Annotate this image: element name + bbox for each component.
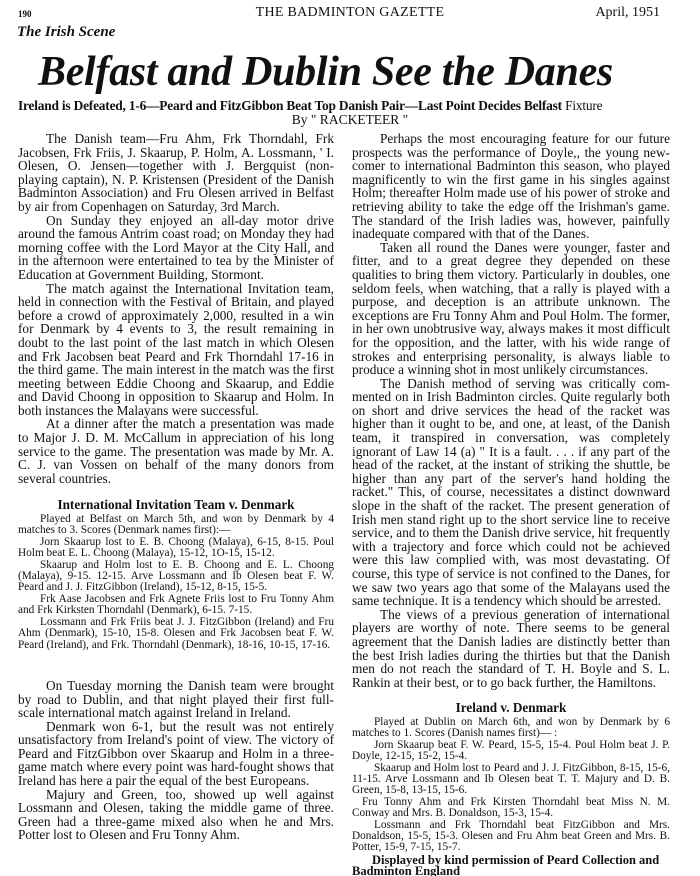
- results-body: Played at Belfast on March 5th, and won …: [18, 514, 334, 651]
- subheadline-tail: Fixture: [565, 98, 602, 113]
- article-paragraph: At a dinner after the match a presentati…: [18, 417, 334, 485]
- issue-date: April, 1951: [595, 5, 660, 21]
- results-title: International Invitation Team v. Denmark: [18, 498, 334, 512]
- results-paragraph: Played at Belfast on March 5th, and won …: [18, 514, 334, 537]
- article-paragraph: On Tuesday morning the Danish team were …: [18, 679, 334, 720]
- results-paragraph: Lossmann and Frk Thorndahl beat FitzGibb…: [352, 820, 670, 854]
- headline: Belfast and Dublin See the Danes: [0, 48, 700, 96]
- results-paragraph: Jorn Skaarup beat F. W. Peard, 15-5, 15-…: [352, 740, 670, 763]
- results-paragraph: Jorn Skaarup lost to E. B. Choong (Malay…: [18, 537, 334, 560]
- left-column: The Danish team—Fru Ahm, Frk Thorndahl, …: [18, 132, 334, 842]
- section-label: The Irish Scene: [17, 24, 115, 41]
- results-paragraph: Lossmann and Frk Friis beat J. J. FitzGi…: [18, 617, 334, 651]
- credit-line-2: Badminton England: [352, 866, 682, 876]
- article-paragraph: The Danish team—Fru Ahm, Frk Thorndahl, …: [18, 132, 334, 214]
- results-box-belfast: International Invitation Team v. Denmark…: [18, 498, 334, 650]
- article-paragraph: The views of a previous generation of in…: [352, 608, 670, 690]
- article-paragraph: The match against the International Invi…: [18, 282, 334, 418]
- byline: By " RACKETEER ": [0, 112, 700, 128]
- results-paragraph: Played at Dublin on March 6th, and won b…: [352, 717, 670, 740]
- article-paragraph: Majury and Green, too, showed up well ag…: [18, 788, 334, 842]
- results-paragraph: Skaarup and Holm lost to E. B. Choong an…: [18, 560, 334, 594]
- article-continuation: On Tuesday morning the Danish team were …: [18, 679, 334, 842]
- article-paragraph: The Danish method of serving was critica…: [352, 377, 670, 608]
- results-paragraph: Frk Aase Jacobsen and Frk Agnete Friis l…: [18, 594, 334, 617]
- article-paragraph: Denmark won 6-1, but the result was not …: [18, 720, 334, 788]
- credit-note: Displayed by kind permission of Peard Co…: [352, 855, 682, 876]
- right-column: Perhaps the most encouraging feature for…: [352, 132, 670, 854]
- subheadline-main: Ireland is Defeated, 1-6—Peard and FitzG…: [18, 98, 565, 113]
- article-paragraph: On Sunday they enjoyed an all-day motor …: [18, 214, 334, 282]
- results-paragraph: Skaarup and Holm lost to Peard and J. J.…: [352, 763, 670, 797]
- results-box-dublin: Ireland v. Denmark Played at Dublin on M…: [352, 701, 670, 853]
- article-paragraph: Taken all round the Danes were younger, …: [352, 241, 670, 377]
- results-title: Ireland v. Denmark: [352, 701, 670, 715]
- results-paragraph: Fru Tonny Ahm and Frk Kirsten Thorndahl …: [352, 797, 670, 820]
- results-body: Played at Dublin on March 6th, and won b…: [352, 717, 670, 854]
- article-paragraph: Perhaps the most encouraging feature for…: [352, 132, 670, 241]
